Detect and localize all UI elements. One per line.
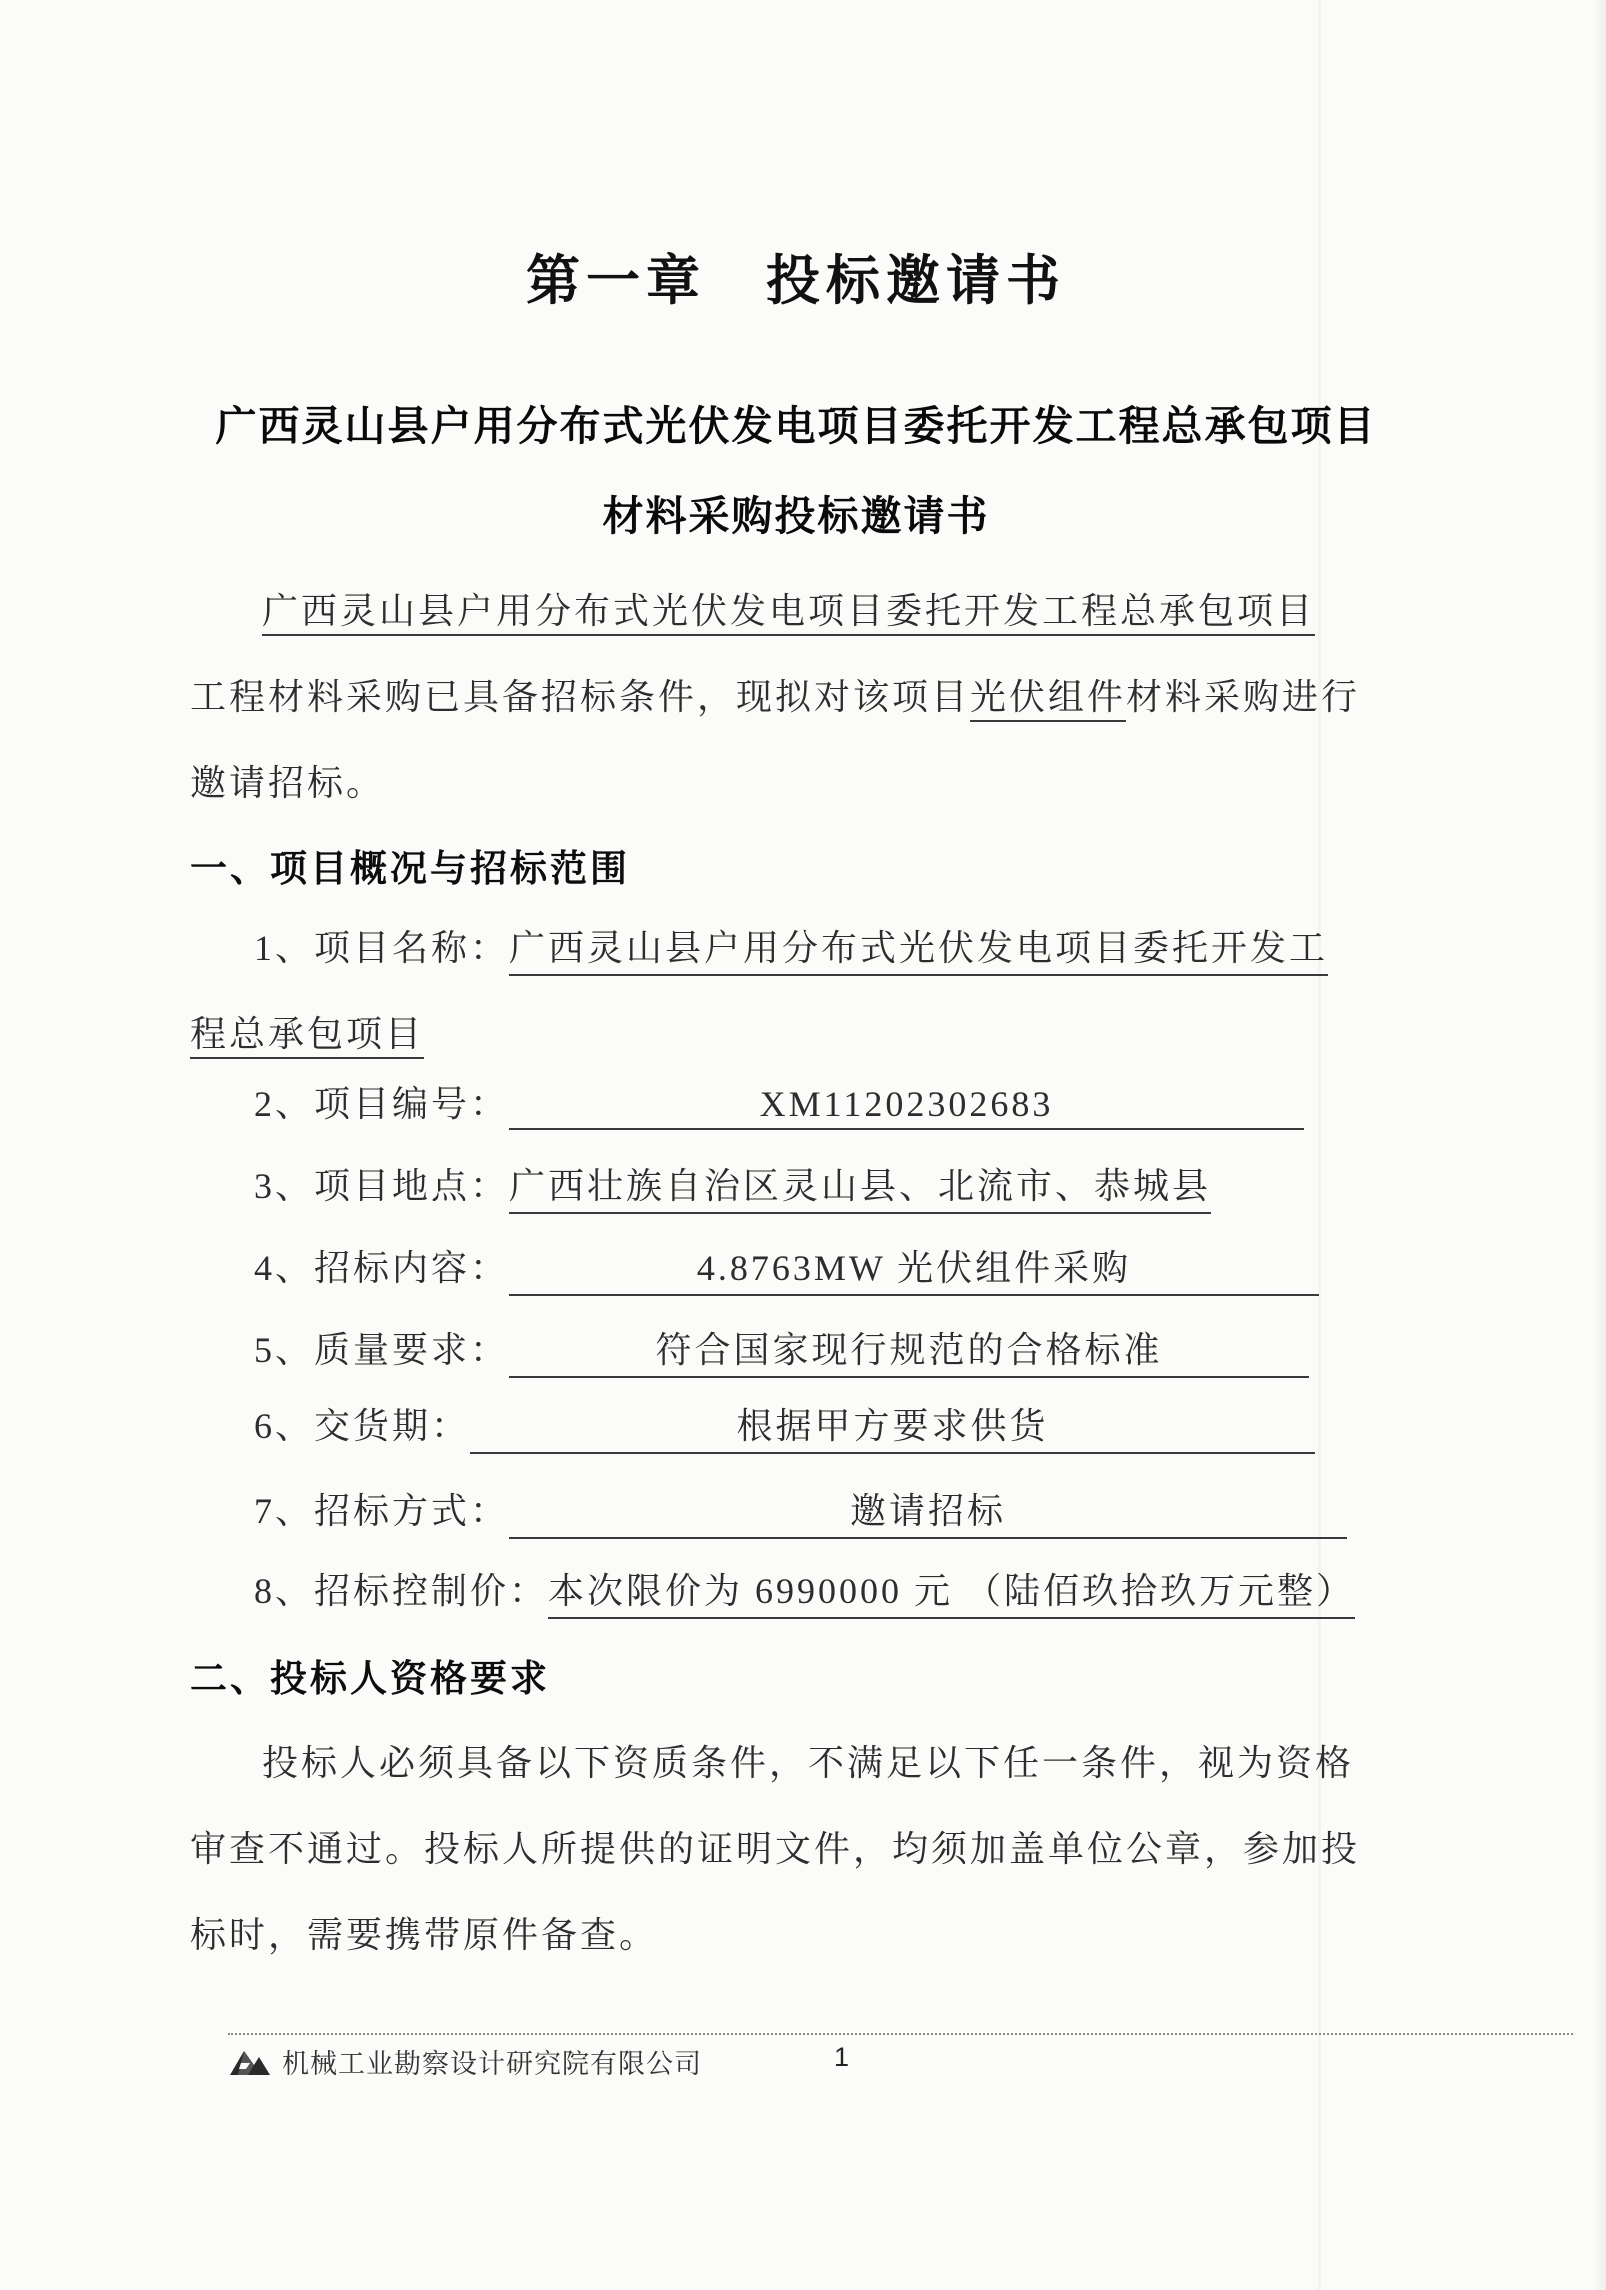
section2-heading: 二、投标人资格要求 (190, 1648, 1402, 1702)
intro-paragraph-line1: 广西灵山县户用分布式光伏发电项目委托开发工程总承包项目 (190, 583, 1402, 634)
mountain-logo-icon (228, 2047, 272, 2077)
underlined-value: XM11202302683 (509, 1083, 1304, 1130)
item-label: 2、项目编号： (254, 1076, 509, 1127)
footer-company-name: 机械工业勘察设计研究院有限公司 (282, 2042, 702, 2081)
item-project-name-wrap: 程总承包项目 (190, 1006, 1402, 1057)
item-label: 5、质量要求： (254, 1322, 509, 1373)
chapter-title: 第一章 投标邀请书 (190, 238, 1402, 315)
underlined-value: 广西灵山县户用分布式光伏发电项目委托开发工 (509, 920, 1328, 976)
paragraph-text: 投标人必须具备以下资质条件，不满足以下任一条件，视为资格 (262, 1743, 1354, 1783)
item-project-location: 3、项目地点：广西壮族自治区灵山县、北流市、恭城县 (190, 1158, 1402, 1214)
section1-heading: 一、项目概况与招标范围 (190, 838, 1402, 892)
scan-edge-shadow (1592, 0, 1606, 2290)
intro-text: 工程材料采购已具备招标条件，现拟对该项目 (190, 677, 970, 717)
item-project-number: 2、项目编号：XM11202302683 (190, 1076, 1402, 1130)
page-number: 1 (834, 2042, 850, 2073)
document-subtitle-line2: 材料采购投标邀请书 (166, 483, 1426, 542)
intro-text: 材料采购进行 (1126, 677, 1360, 717)
item-project-name: 1、项目名称：广西灵山县户用分布式光伏发电项目委托开发工 (190, 920, 1402, 976)
item-label: 1、项目名称： (254, 920, 509, 971)
item-label: 7、招标方式： (254, 1483, 509, 1534)
underlined-value: 本次限价为 6990000 元 （陆佰玖拾玖万元整） (548, 1563, 1355, 1619)
intro-paragraph-line3: 邀请招标。 (190, 755, 1402, 806)
item-label: 8、招标控制价： (254, 1563, 548, 1614)
item-quality-requirement: 5、质量要求：符合国家现行规范的合格标准 (190, 1322, 1402, 1378)
item-bid-method: 7、招标方式：邀请招标 (190, 1483, 1402, 1539)
underlined-value: 邀请招标 (509, 1483, 1347, 1539)
underlined-pv-module-term: 光伏组件 (970, 677, 1126, 722)
underlined-project-name: 广西灵山县户用分布式光伏发电项目委托开发工程总承包项目 (262, 591, 1315, 636)
item-bid-content: 4、招标内容：4.8763MW 光伏组件采购 (190, 1240, 1402, 1296)
item-delivery-period: 6、交货期：根据甲方要求供货 (190, 1398, 1402, 1454)
item-label: 3、项目地点： (254, 1158, 509, 1209)
page-footer: 机械工业勘察设计研究院有限公司 1 (228, 2042, 1573, 2081)
item-bid-control-price: 8、招标控制价：本次限价为 6990000 元 （陆佰玖拾玖万元整） (190, 1563, 1520, 1619)
footer-divider (228, 2033, 1573, 2035)
intro-paragraph-line2: 工程材料采购已具备招标条件，现拟对该项目光伏组件材料采购进行 (190, 669, 1402, 720)
qualification-paragraph-line3: 标时，需要携带原件备查。 (190, 1907, 1402, 1958)
underlined-value: 4.8763MW 光伏组件采购 (509, 1240, 1319, 1296)
underlined-value: 程总承包项目 (190, 1014, 424, 1059)
underlined-value: 符合国家现行规范的合格标准 (509, 1322, 1309, 1378)
item-label: 6、交货期： (254, 1398, 470, 1449)
qualification-paragraph-line1: 投标人必须具备以下资质条件，不满足以下任一条件，视为资格 (190, 1735, 1402, 1786)
item-label: 4、招标内容： (254, 1240, 509, 1291)
qualification-paragraph-line2: 审查不通过。投标人所提供的证明文件，均须加盖单位公章，参加投 (190, 1821, 1402, 1872)
document-subtitle-line1: 广西灵山县户用分布式光伏发电项目委托开发工程总承包项目 (166, 393, 1426, 452)
underlined-value: 根据甲方要求供货 (470, 1398, 1315, 1454)
scanned-document-page: 第一章 投标邀请书 广西灵山县户用分布式光伏发电项目委托开发工程总承包项目 材料… (0, 0, 1606, 2290)
underlined-value: 广西壮族自治区灵山县、北流市、恭城县 (509, 1158, 1211, 1214)
